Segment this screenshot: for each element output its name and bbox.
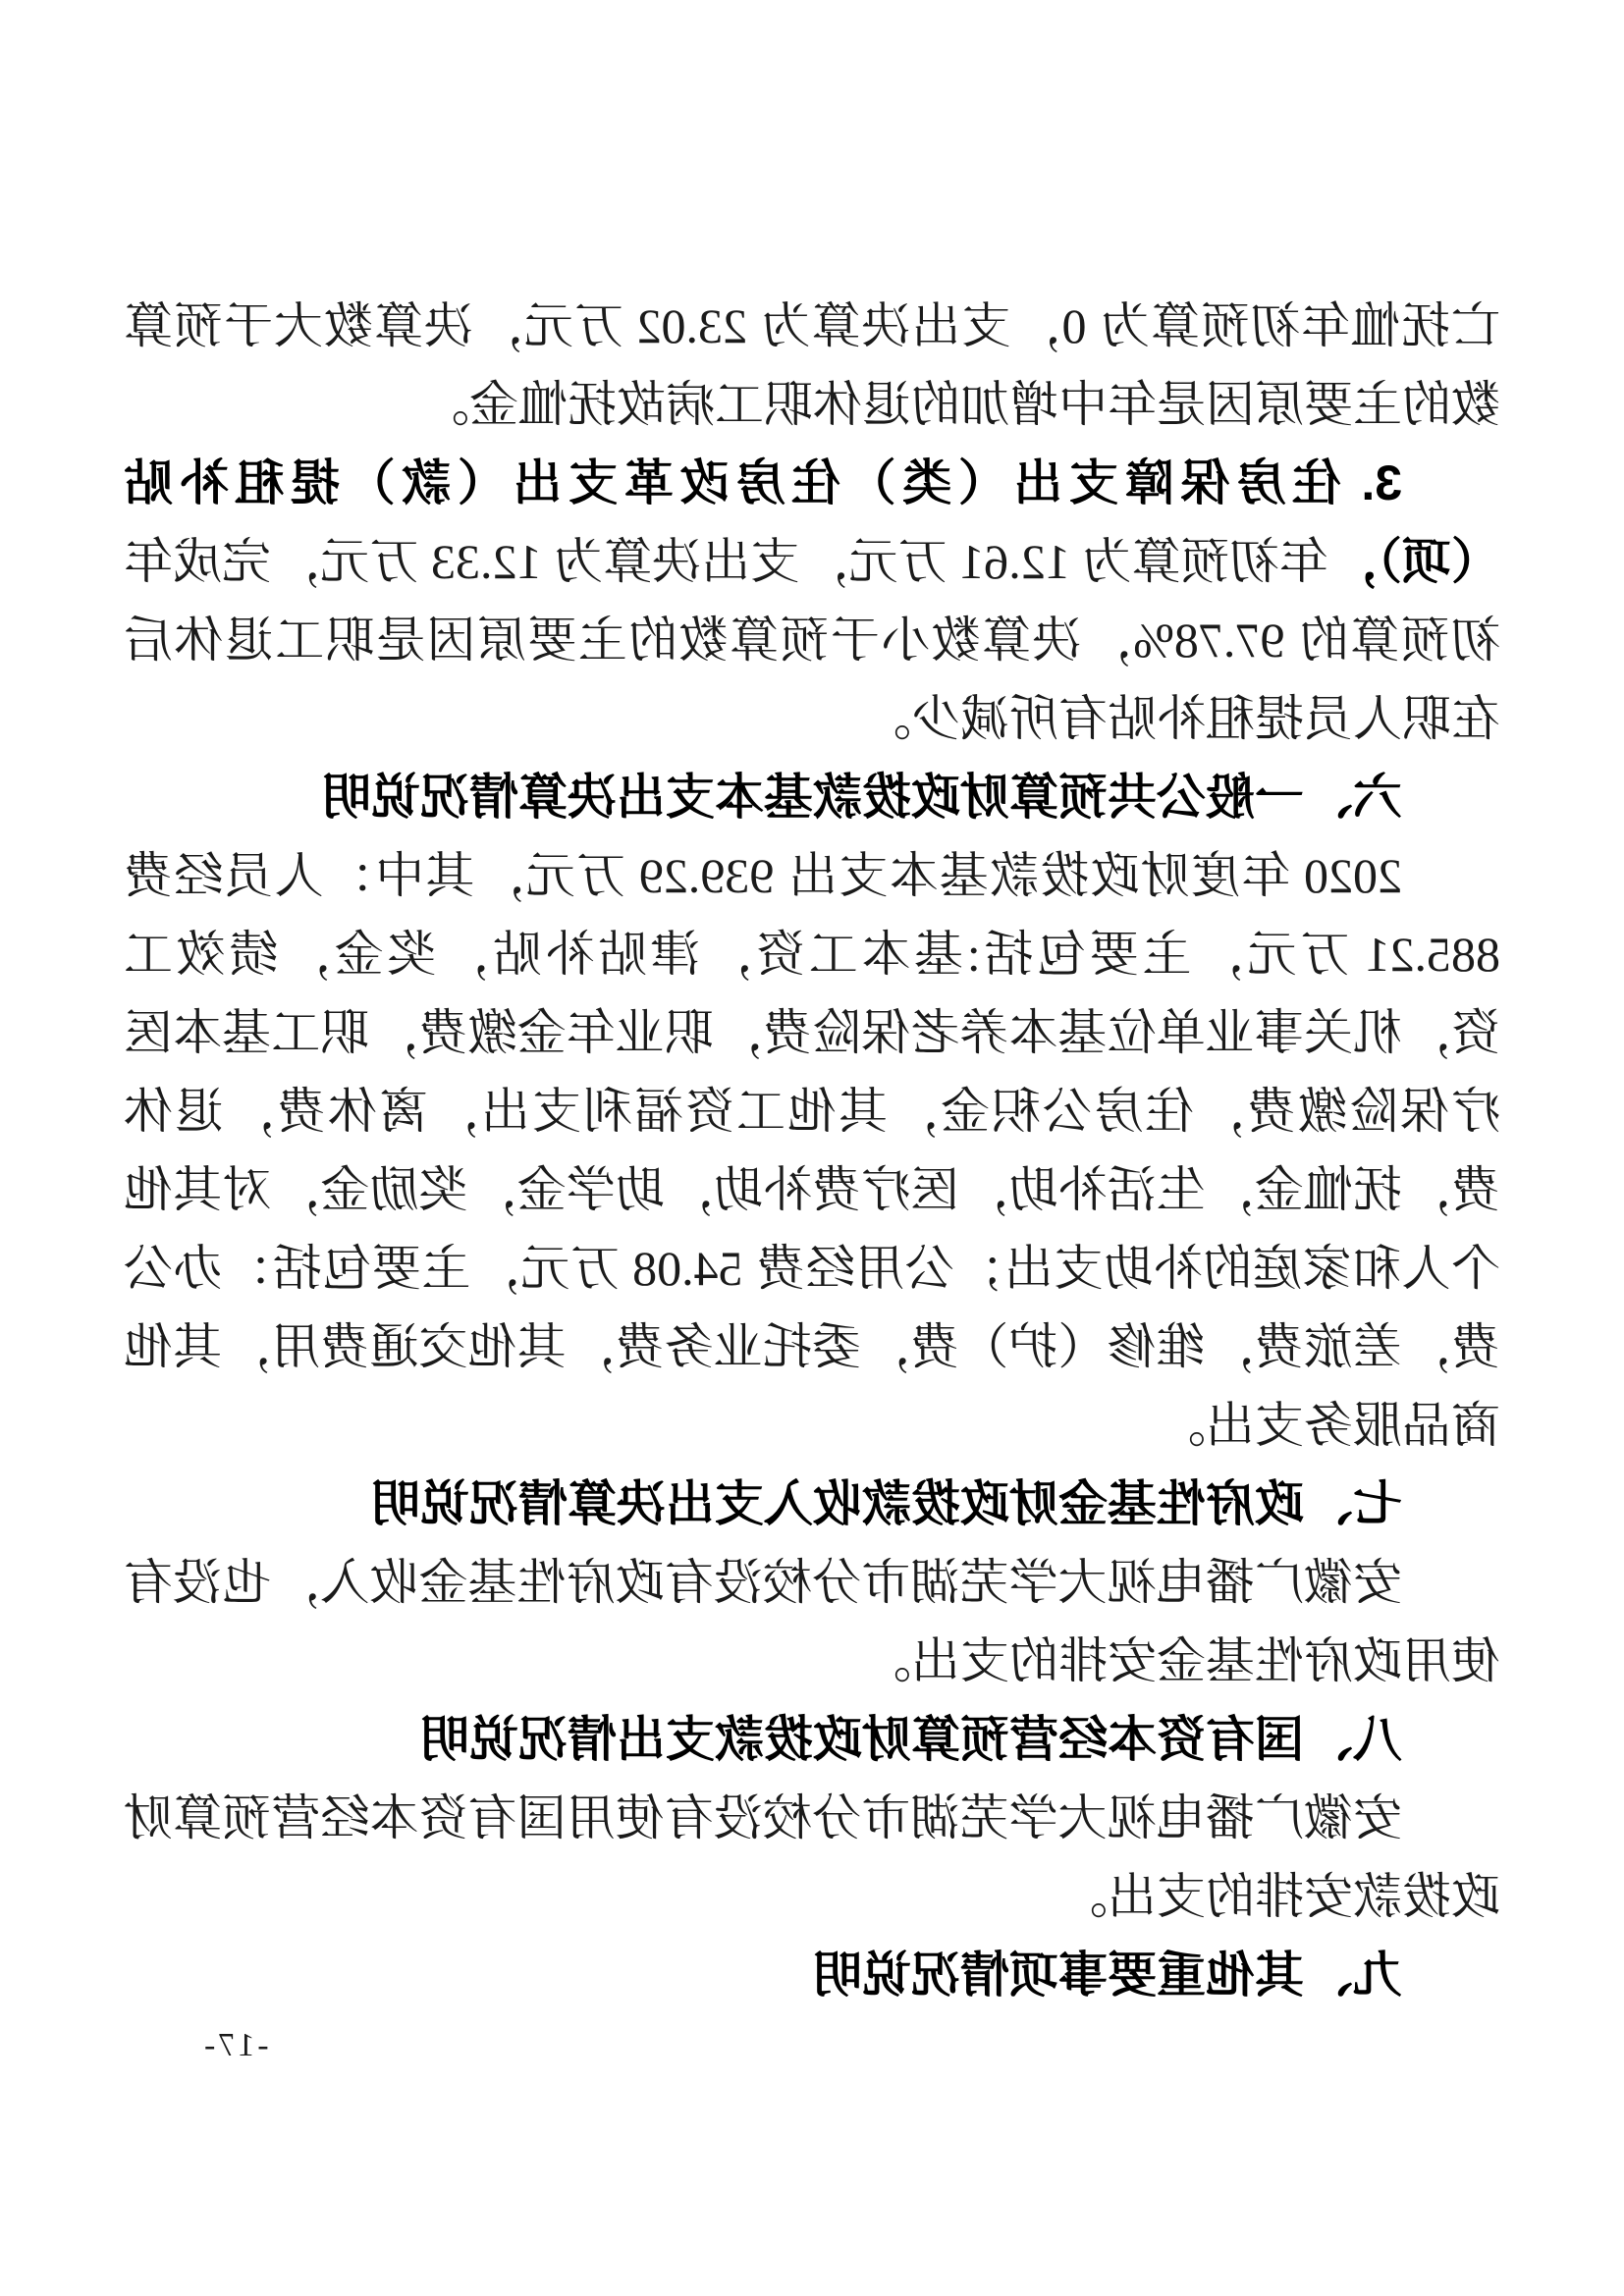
item-3-text: 年初预算为 12.61 万元，支出决算为 12.33 万元，完成年初预算的 97… [124, 534, 1500, 746]
heading-section-6-basic-expenditure: 六、一般公共预算财政拨款基本支出决算情况说明 [124, 758, 1500, 836]
paragraph-section-6-body: 2020 年度财政拨款基本支出 939.29 万元，其中：人员经费 885.21… [124, 836, 1500, 1465]
paragraph-section-7-body: 安徽广播电视大学芜湖市分校没有政府性基金收入，也没有使用政府性基金安排的支出。 [124, 1543, 1500, 1700]
paragraph-housing-item-3: 3. 住房保障支出（类）住房改革支出（款）提租补贴（项），年初预算为 12.61… [124, 444, 1500, 758]
heading-section-7-gov-funds: 七、政府性基金财政拨款收入支出决算情况说明 [124, 1465, 1500, 1543]
paragraph-section-8-body: 安徽广播电视大学芜湖市分校没有使用国有资本经营预算财政拨款安排的支出。 [124, 1779, 1500, 1936]
page-number: -17- [201, 2024, 269, 2067]
document-page: 亡抚恤年初预算为 0，支出决算为 23.02 万元，决算数大于预算数的主要原因是… [0, 0, 1624, 2296]
mirrored-scan-content: 亡抚恤年初预算为 0，支出决算为 23.02 万元，决算数大于预算数的主要原因是… [0, 0, 1624, 2296]
paragraph-pension-budget: 亡抚恤年初预算为 0，支出决算为 23.02 万元，决算数大于预算数的主要原因是… [124, 287, 1500, 444]
heading-section-9-other-matters: 九、其他重要事项情况说明 [124, 1936, 1500, 2014]
text-block: 亡抚恤年初预算为 0，支出决算为 23.02 万元，决算数大于预算数的主要原因是… [124, 287, 1500, 2014]
heading-section-8-state-capital: 八、国有资本经营预算财政拨款支出情况说明 [124, 1700, 1500, 1779]
